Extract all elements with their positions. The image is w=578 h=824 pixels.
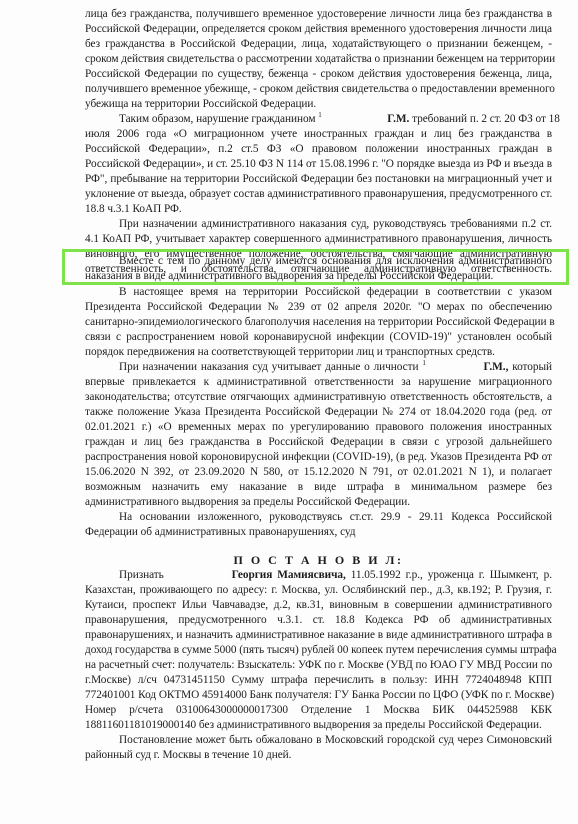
- text-line: 4.1 КоАП РФ, учитывает характер совершен…: [85, 232, 552, 247]
- text-line: административного выдворения за пределы …: [85, 495, 552, 510]
- text-line: без гражданства в Российской Федерации, …: [85, 37, 552, 52]
- paragraph-first-line: Таким образом, нарушение гражданином 1 Г…: [119, 112, 552, 127]
- text-line: Федерации об административных правонаруш…: [85, 525, 552, 540]
- text-line: На основании изложенного, руководствуясь…: [119, 510, 552, 525]
- text-line: порядок передвижения на соответствующей …: [85, 345, 552, 360]
- footnote-marker: 1: [422, 359, 425, 367]
- text-line: Российской Федерации, определяется сроко…: [85, 22, 552, 37]
- text-line: Постановление может быть обжаловано в Мо…: [119, 733, 552, 748]
- text-line: получившего временное убежище, - сроком …: [85, 82, 552, 97]
- text-line: впервые привлекается к административной …: [85, 375, 552, 390]
- text-line: уклонение от выезда, образует состав адм…: [85, 187, 552, 202]
- text-line: При назначении административного наказан…: [119, 217, 552, 232]
- person-initials: Г.М.,: [484, 361, 509, 373]
- text-fragment: 11.05.1992 г.р., уроженца г. Шымкент, р.: [351, 569, 552, 581]
- document-page: лица без гражданства, получившего времен…: [0, 0, 578, 824]
- text-line: убежища на территории Российской Федерац…: [85, 97, 552, 112]
- text-line: граждан и лиц без гражданства в Российск…: [85, 435, 552, 450]
- text-fragment: требований п. 2 ст. 20 ФЗ от 18: [412, 113, 560, 125]
- text-line: 772401001 Код ОКТМО 45914000 Банк получа…: [85, 688, 552, 703]
- person-name: Георгия Мамиясвича,: [232, 569, 346, 581]
- kbk-code: 18811601181019000140: [85, 719, 196, 731]
- text-line: июля 2006 года «О миграционном учете ино…: [85, 127, 552, 142]
- text-fragment: При назначении наказания суд учитывает д…: [119, 361, 419, 373]
- text-line: законодательства; отсутствие отягчающих …: [85, 390, 552, 405]
- paragraph-first-line: Признать Георгия Мамиясвича, 11.05.1992 …: [119, 568, 552, 583]
- footnote-marker: 1: [318, 111, 321, 119]
- text-line: Казахстан, проживающего по адресу: г. Мо…: [85, 583, 552, 598]
- person-initials: Г.М.: [387, 113, 409, 125]
- text-fragment: который: [512, 361, 552, 373]
- text-line: районный суд г. Москвы в течение 10 дней…: [85, 748, 552, 763]
- text-line: г.Москве) л/сч 04731451150 Сумму штрафа …: [85, 673, 552, 688]
- highlighted-text-line: наказания в виде административного выдво…: [85, 269, 552, 284]
- text-line: санитарно-эпидемиологического благополуч…: [85, 315, 552, 330]
- text-line: 15.06.2020 N 392, от 23.09.2020 N 580, о…: [85, 465, 552, 480]
- text-line: Номер р/счета 03100643000000017300 Отдел…: [85, 703, 552, 718]
- text-line: 18.8 ч.3.1 КоАП РФ.: [85, 202, 552, 217]
- text-line: также положение Указа Президента Российс…: [85, 405, 552, 420]
- paragraph-first-line: При назначении наказания суд учитывает д…: [119, 360, 552, 375]
- highlighted-text-line: Вместе с тем по данному делу имеются осн…: [119, 254, 552, 269]
- text-line: Российской Федерации», и ст. 25.10 ФЗ N …: [85, 157, 552, 172]
- text-fragment: Признать: [119, 569, 164, 581]
- text-line: возможным назначить ему наказание в виде…: [85, 480, 552, 495]
- text-line: на расчетный счет: получатель: Взыскател…: [85, 658, 552, 673]
- text-line: доход государства в сумме 5000 (пять тыс…: [85, 643, 552, 658]
- text-fragment: Таким образом, нарушение гражданином: [119, 113, 315, 125]
- text-line: связи с распространением новой коронавир…: [85, 330, 552, 345]
- text-line: правонарушения, предусмотренного ч.3.1. …: [85, 613, 552, 628]
- text-line: лица без гражданства, получившего времен…: [85, 7, 552, 22]
- text-line: В настоящее время на территории Российск…: [119, 285, 552, 300]
- text-line: сроком действия свидетельства о рассмотр…: [85, 52, 552, 67]
- text-line: Кутаиси, проспект Ильи Чавчавадзе, д.2, …: [85, 598, 552, 613]
- ruling-heading: П О С Т А Н О В И Л:: [85, 553, 552, 568]
- text-line: правонарушениях, и назначить администрат…: [85, 628, 552, 643]
- text-line: Президента Российской Федерации № 239 от…: [85, 300, 552, 315]
- text-line: РФ", пребывание на территории Российской…: [85, 172, 552, 187]
- text-line: Российской Федерации», п.2 ст.5 ФЗ «О пр…: [85, 142, 552, 157]
- text-line: распространения новой короновирусной инф…: [85, 450, 552, 465]
- text-line: 18811601181019000140 без административно…: [85, 718, 552, 733]
- text-line: 02.01.2021 г.) «О временных мерах по уре…: [85, 420, 552, 435]
- highlighted-addition: без административного выдворения за пред…: [199, 719, 542, 731]
- text-line: Российской Федерации по существу, беженц…: [85, 67, 552, 82]
